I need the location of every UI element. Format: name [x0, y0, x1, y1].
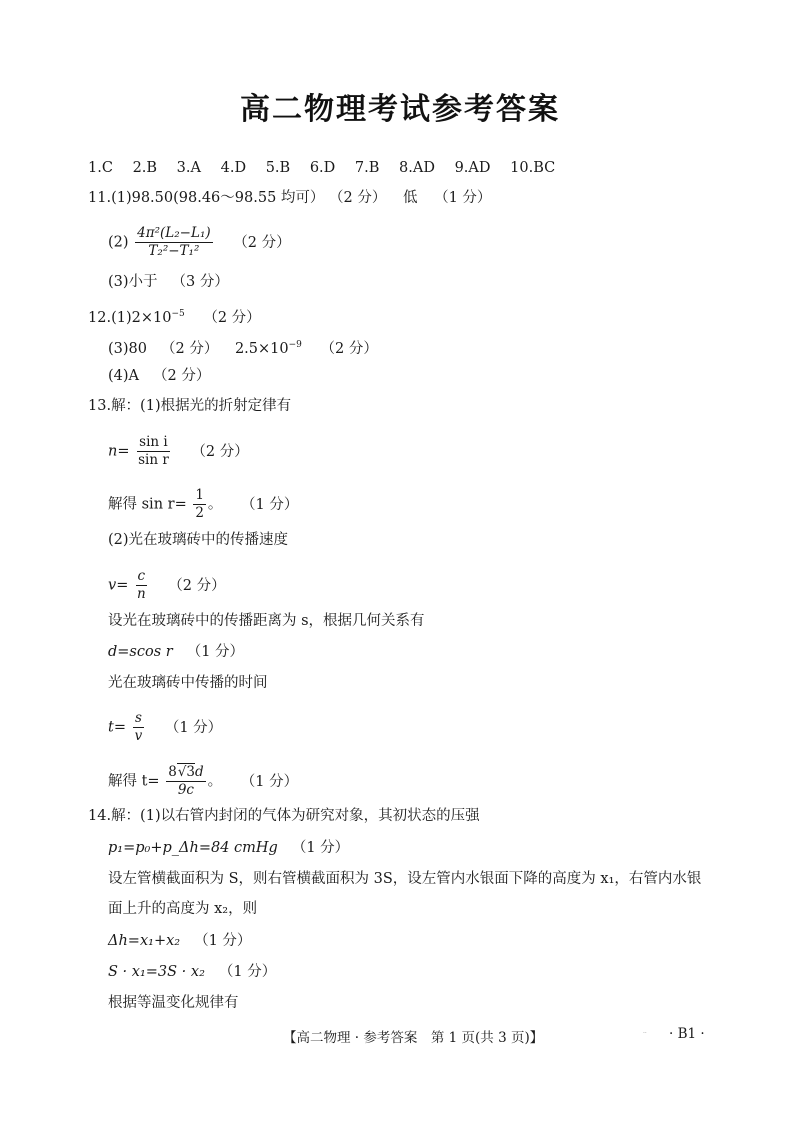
q12-part3: (3)80（2 分） 2.5×10−9 （2 分） — [108, 335, 378, 359]
q14-text2: 面上升的高度为 x₂，则 — [108, 899, 257, 919]
q12-part4: (4)A（2 分） — [108, 366, 210, 386]
choice-answers: 1.C 2.B 3.A 4.D 5.B 6.D 7.B 8.AD 9.AD 10… — [88, 158, 570, 178]
q13-eq1: n= sin isin r （2 分） — [108, 434, 249, 469]
answer-3: 3.A — [177, 160, 201, 176]
q14-intro: 14.解：(1)以右管内封闭的气体为研究对象，其初状态的压强 — [88, 806, 480, 826]
q13-text1: 设光在玻璃砖中的传播距离为 s，根据几何关系有 — [108, 611, 425, 631]
answer-9: 9.AD — [455, 160, 491, 176]
answer-1: 1.C — [88, 160, 113, 176]
q11-part1: 11.(1)98.50(98.46～98.55 均可） （2 分） 低 （1 分… — [88, 188, 491, 208]
q13-eq2: 解得 sin r= 12。 （1 分） — [108, 487, 298, 522]
q12-part1: 12.(1)2×10−5 （2 分） — [88, 304, 261, 328]
q13-eq4: d=scos r（1 分） — [108, 642, 244, 662]
q13-intro: 13.解：(1)根据光的折射定律有 — [88, 396, 291, 416]
answer-2: 2.B — [133, 160, 158, 176]
q13-eq5: t= sv （1 分） — [108, 710, 222, 745]
q14-text1: 设左管横截面积为 S，则右管横截面积为 3S，设左管内水银面下降的高度为 x₁，… — [108, 869, 701, 889]
answer-10: 10.BC — [510, 160, 555, 176]
answer-8: 8.AD — [399, 160, 435, 176]
q14-eq1: p₁=p₀+p_Δh=84 cmHg（1 分） — [108, 838, 349, 858]
page-title: 高二物理考试参考答案 — [0, 84, 800, 128]
answer-7: 7.B — [355, 160, 380, 176]
q11-formula: 4π²(L₂−L₁) T₂²−T₁² — [135, 225, 212, 260]
q14-eq3: S · x₁=3S · x₂（1 分） — [108, 962, 276, 982]
q11-part2: (2) 4π²(L₂−L₁) T₂²−T₁² （2 分） — [108, 225, 291, 260]
answer-5: 5.B — [266, 160, 291, 176]
answer-4: 4.D — [221, 160, 246, 176]
footer-code: · B1 · — [669, 1026, 705, 1042]
q14-eq2: Δh=x₁+x₂（1 分） — [108, 931, 251, 951]
q11-part3: (3)小于（3 分） — [108, 272, 229, 292]
q13-part2-intro: (2)光在玻璃砖中的传播速度 — [108, 530, 288, 550]
q14-text3: 根据等温变化规律有 — [108, 993, 239, 1013]
footer-mark: .. — [643, 1028, 647, 1035]
q13-eq3: v= cn （2 分） — [108, 568, 226, 603]
page-footer: 【高二物理 · 参考答案 第 1 页(共 3 页)】 — [283, 1026, 543, 1046]
answer-6: 6.D — [310, 160, 335, 176]
q13-eq6: 解得 t= 8√3d 9c 。 （1 分） — [108, 764, 298, 799]
q13-text2: 光在玻璃砖中传播的时间 — [108, 673, 268, 693]
